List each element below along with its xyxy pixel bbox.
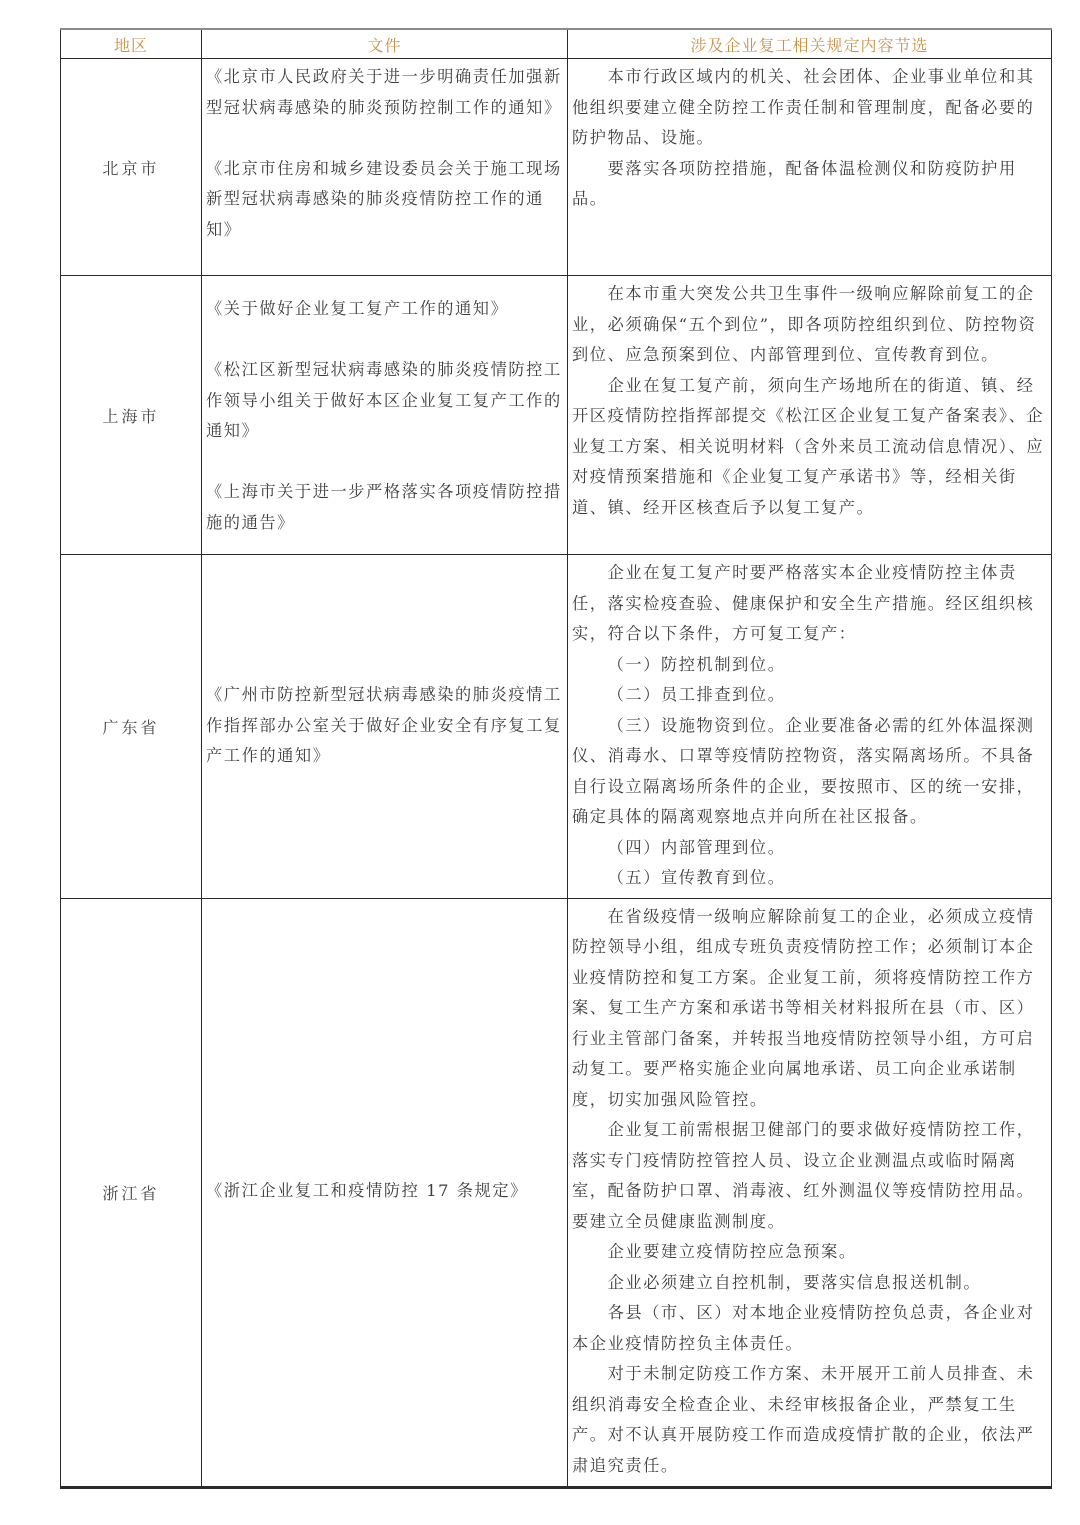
content-paragraph: 企业必须建立自控机制，要落实信息报送机制。 bbox=[572, 1268, 1047, 1299]
content-paragraph: 在本市重大突发公共卫生事件一级响应解除前复工的企业，必须确保“五个到位”，即各项… bbox=[572, 279, 1047, 371]
content-paragraph: （四）内部管理到位。 bbox=[572, 833, 1047, 864]
region-cell: 上海市 bbox=[61, 276, 202, 555]
content-paragraph: 企业要建立疫情防控应急预案。 bbox=[572, 1237, 1047, 1268]
content-paragraph: （三）设施物资到位。企业要准备必需的红外体温探测仪、消毒水、口罩等疫情防控物资，… bbox=[572, 711, 1047, 833]
content-paragraph: 要落实各项防控措施，配备体温检测仪和防疫防护用品。 bbox=[572, 154, 1047, 215]
content-cell: 在省级疫情一级响应解除前复工的企业，必须成立疫情防控领导小组，组成专班负责疫情防… bbox=[568, 898, 1052, 1487]
file-title: 《上海市关于进一步严格落实各项疫情防控措施的通告》 bbox=[206, 477, 563, 538]
header-region: 地区 bbox=[61, 29, 202, 59]
file-title: 《浙江企业复工和疫情防控 17 条规定》 bbox=[206, 1176, 563, 1207]
content-cell: 本市行政区域内的机关、社会团体、企业事业单位和其他组织要建立健全防控工作责任制和… bbox=[568, 59, 1052, 276]
table-header-row: 地区 文件 涉及企业复工相关规定内容节选 bbox=[61, 29, 1052, 59]
file-cell: 《关于做好企业复工复产工作的通知》 《松江区新型冠状病毒感染的肺炎疫情防控工作领… bbox=[202, 276, 568, 555]
content-paragraph: 企业在复工复产前，须向生产场地所在的街道、镇、经开区疫情防控指挥部提交《松江区企… bbox=[572, 371, 1047, 524]
content-paragraph: 在省级疫情一级响应解除前复工的企业，必须成立疫情防控领导小组，组成专班负责疫情防… bbox=[572, 902, 1047, 1116]
file-title: 《松江区新型冠状病毒感染的肺炎疫情防控工作领导小组关于做好本区企业复工复产工作的… bbox=[206, 355, 563, 447]
content-paragraph: 本市行政区域内的机关、社会团体、企业事业单位和其他组织要建立健全防控工作责任制和… bbox=[572, 62, 1047, 154]
file-title: 《广州市防控新型冠状病毒感染的肺炎疫情工作指挥部办公室关于做好企业安全有序复工复… bbox=[206, 680, 563, 772]
region-cell: 广东省 bbox=[61, 555, 202, 899]
table-row-beijing: 北京市 《北京市人民政府关于进一步明确责任加强新型冠状病毒感染的肺炎预防控制工作… bbox=[61, 59, 1052, 276]
content-paragraph: 企业在复工复产时要严格落实本企业疫情防控主体责任，落实检疫查验、健康保护和安全生… bbox=[572, 558, 1047, 650]
header-content: 涉及企业复工相关规定内容节选 bbox=[568, 29, 1052, 59]
regulations-table: 地区 文件 涉及企业复工相关规定内容节选 北京市 《北京市人民政府关于进一步明确… bbox=[60, 28, 1052, 1489]
file-cell: 《广州市防控新型冠状病毒感染的肺炎疫情工作指挥部办公室关于做好企业安全有序复工复… bbox=[202, 555, 568, 899]
content-paragraph: 企业复工前需根据卫健部门的要求做好疫情防控工作，落实专门疫情防控管控人员、设立企… bbox=[572, 1115, 1047, 1237]
content-cell: 企业在复工复产时要严格落实本企业疫情防控主体责任，落实检疫查验、健康保护和安全生… bbox=[568, 555, 1052, 899]
file-title: 《关于做好企业复工复产工作的通知》 bbox=[206, 294, 563, 325]
file-cell: 《北京市人民政府关于进一步明确责任加强新型冠状病毒感染的肺炎预防控制工作的通知》… bbox=[202, 59, 568, 276]
region-cell: 北京市 bbox=[61, 59, 202, 276]
table-row-guangdong: 广东省 《广州市防控新型冠状病毒感染的肺炎疫情工作指挥部办公室关于做好企业安全有… bbox=[61, 555, 1052, 899]
table-row-shanghai: 上海市 《关于做好企业复工复产工作的通知》 《松江区新型冠状病毒感染的肺炎疫情防… bbox=[61, 276, 1052, 555]
content-paragraph: （一）防控机制到位。 bbox=[572, 650, 1047, 681]
content-paragraph: 对于未制定防疫工作方案、未开展开工前人员排查、未组织消毒安全检查企业、未经审核报… bbox=[572, 1359, 1047, 1481]
content-cell: 在本市重大突发公共卫生事件一级响应解除前复工的企业，必须确保“五个到位”，即各项… bbox=[568, 276, 1052, 555]
file-title: 《北京市人民政府关于进一步明确责任加强新型冠状病毒感染的肺炎预防控制工作的通知》 bbox=[206, 62, 563, 123]
file-title: 《北京市住房和城乡建设委员会关于施工现场新型冠状病毒感染的肺炎疫情防控工作的通知… bbox=[206, 154, 563, 246]
content-paragraph: 各县（市、区）对本地企业疫情防控负总责，各企业对本企业疫情防控负主体责任。 bbox=[572, 1298, 1047, 1359]
region-cell: 浙江省 bbox=[61, 898, 202, 1487]
content-paragraph: （五）宣传教育到位。 bbox=[572, 863, 1047, 894]
table-row-zhejiang: 浙江省 《浙江企业复工和疫情防控 17 条规定》 在省级疫情一级响应解除前复工的… bbox=[61, 898, 1052, 1487]
content-paragraph: （二）员工排查到位。 bbox=[572, 680, 1047, 711]
file-cell: 《浙江企业复工和疫情防控 17 条规定》 bbox=[202, 898, 568, 1487]
header-file: 文件 bbox=[202, 29, 568, 59]
